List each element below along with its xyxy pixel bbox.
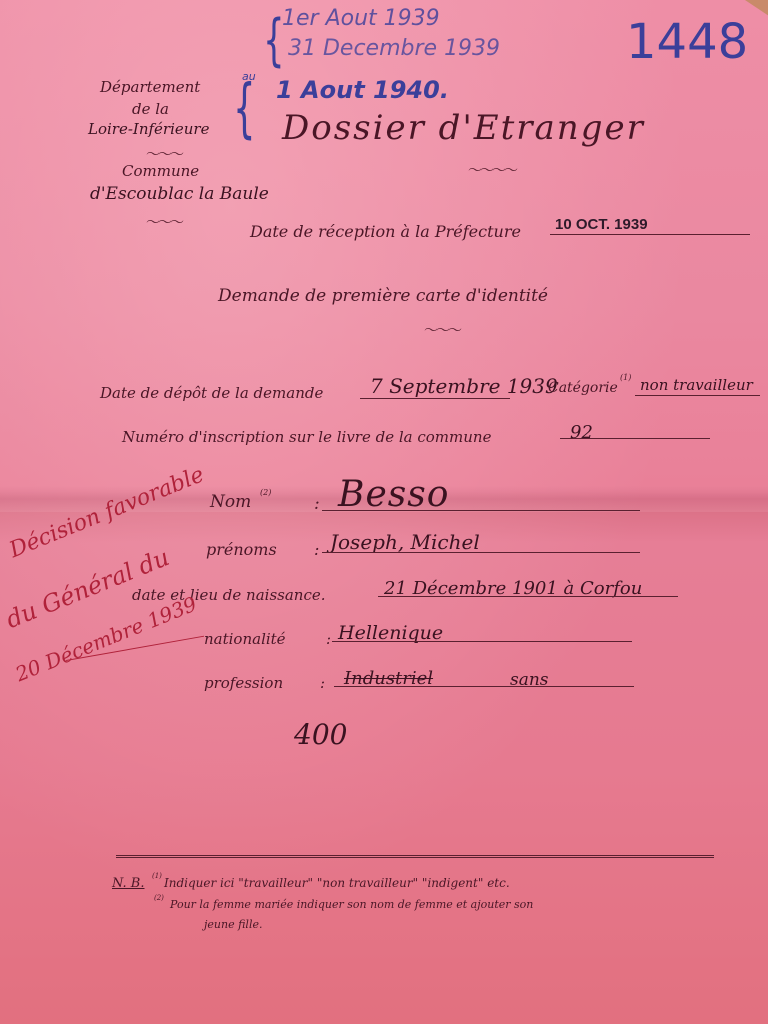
dossier-title: Dossier d'Etranger <box>282 108 645 148</box>
title-flourish: 〜〜〜〜 <box>468 160 516 180</box>
nom-label: Nom <box>210 492 251 512</box>
categorie-line <box>635 395 760 396</box>
departement-de: de la <box>132 100 169 118</box>
reception-stamp: 10 OCT. 1939 <box>555 216 648 233</box>
nom-colon: : <box>314 494 320 514</box>
categorie-note: (1) <box>620 373 631 382</box>
dossier-number: 1448 <box>626 14 748 70</box>
amount-value: 400 <box>294 718 347 751</box>
nationalite-colon: : <box>326 630 331 648</box>
form-title-flourish: 〜〜〜 <box>424 320 460 340</box>
flourish-1: 〜〜〜 <box>146 144 182 164</box>
nom-note: (2) <box>260 488 271 497</box>
footer-rule <box>116 855 714 858</box>
inscription-label: Numéro d'inscription sur le livre de la … <box>122 428 491 446</box>
note1-marker: (1) <box>152 872 162 880</box>
prenoms-label: prénoms <box>206 540 277 559</box>
profession-colon: : <box>320 674 325 692</box>
header-brace-icon: { <box>233 72 255 146</box>
nom-value: Besso <box>338 474 449 515</box>
depot-line <box>360 398 510 399</box>
inscription-value: 92 <box>570 422 593 443</box>
nationalite-label: nationalité <box>204 630 286 648</box>
commune-value: d'Escoublac la Baule <box>90 184 269 204</box>
reception-label: Date de réception à la Préfecture <box>250 222 521 241</box>
note2-text: Pour la femme mariée indiquer son nom de… <box>170 898 533 911</box>
departement-label: Département <box>100 78 200 96</box>
departement-value: Loire-Inférieure <box>88 120 209 138</box>
note1-text: Indiquer ici "travailleur" "non travaill… <box>164 876 510 890</box>
reception-line <box>550 234 750 235</box>
nb-label: N. B. <box>112 876 145 891</box>
nationalite-line <box>332 641 632 642</box>
note2-marker: (2) <box>154 894 164 902</box>
annotation-date-2: 31 Decembre 1939 <box>288 36 500 61</box>
annotation-date-1: 1er Aout 1939 <box>282 6 440 31</box>
commune-label: Commune <box>122 162 199 180</box>
prenoms-line <box>322 552 640 553</box>
profession-label: profession <box>204 674 283 692</box>
note2-cont: jeune fille. <box>204 918 262 931</box>
naissance-label: date et lieu de naissance. <box>132 586 325 604</box>
depot-value: 7 Septembre 1939 <box>370 374 558 398</box>
prenoms-value: Joseph, Michel <box>330 530 480 554</box>
categorie-value: non travailleur <box>640 376 753 394</box>
naissance-line <box>378 596 678 597</box>
categorie-label: Catégorie <box>548 380 618 396</box>
profession-value: sans <box>510 670 549 690</box>
annotation-date-3: 1 Aout 1940. <box>276 76 449 104</box>
profession-line <box>334 686 634 687</box>
inscription-line <box>560 438 710 439</box>
prenoms-colon: : <box>314 540 319 559</box>
flourish-2: 〜〜〜 <box>146 212 182 232</box>
nom-line <box>322 510 640 511</box>
form-title: Demande de première carte d'identité <box>218 286 548 306</box>
depot-label: Date de dépôt de la demande <box>100 384 323 402</box>
